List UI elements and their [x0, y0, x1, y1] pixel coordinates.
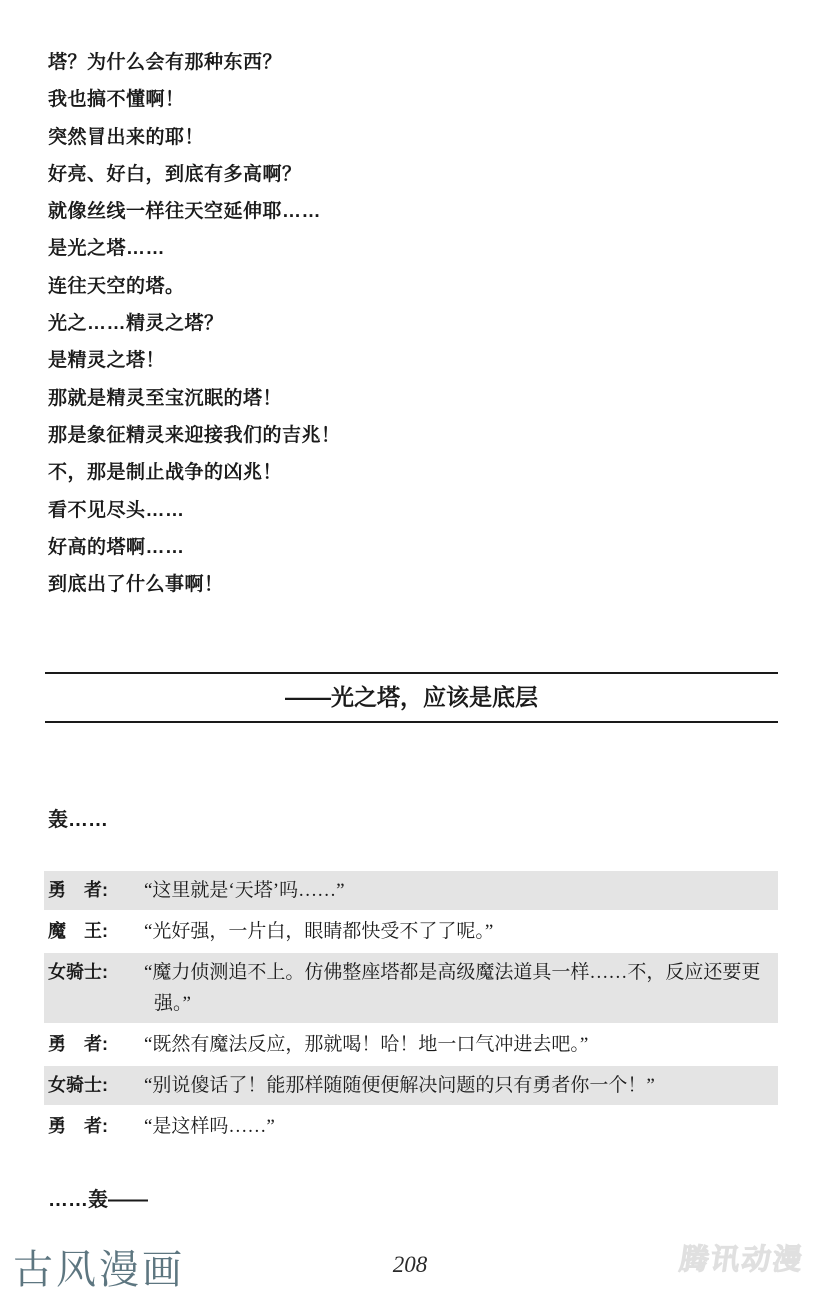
- dialogue-text: “光好强，一片白，眼睛都快受不了了呢。”: [140, 916, 778, 947]
- dialogue-text: “既然有魔法反应，那就喝！哈！地一口气冲进去吧。”: [140, 1029, 778, 1060]
- speaker-label: 勇 者:: [44, 1111, 140, 1142]
- shout-lines-block: 塔？为什么会有那种东西？ 我也搞不懂啊！ 突然冒出来的耶！ 好亮、好白，到底有多…: [48, 44, 780, 603]
- dialogue-text: “这里就是‘天塔’吗……”: [140, 875, 778, 906]
- dialogue-row: 勇 者: “是这样吗……”: [44, 1107, 778, 1146]
- watermark-logo: 腾讯动漫: [677, 1237, 807, 1278]
- shout-line: 看不见尽头……: [48, 492, 780, 529]
- shout-line: 那是象征精灵来迎接我们的吉兆！: [48, 417, 780, 454]
- speaker-label: 魔 王:: [44, 916, 140, 947]
- sound-effect-after: ……轰——: [48, 1183, 148, 1212]
- shout-line: 光之……精灵之塔？: [48, 305, 780, 342]
- dialogue-row: 魔 王: “光好强，一片白，眼睛都快受不了了呢。”: [44, 912, 778, 951]
- dialogue-row: 女骑士: “魔力侦测追不上。仿佛整座塔都是高级魔法道具一样……不，反应还要更强。…: [44, 953, 778, 1023]
- shout-line: 那就是精灵至宝沉眠的塔！: [48, 380, 780, 417]
- novel-page: 塔？为什么会有那种东西？ 我也搞不懂啊！ 突然冒出来的耶！ 好亮、好白，到底有多…: [0, 0, 820, 1291]
- shout-line: 到底出了什么事啊！: [48, 566, 780, 603]
- shout-line: 连往天空的塔。: [48, 268, 780, 305]
- dialogue-text: “魔力侦测追不上。仿佛整座塔都是高级魔法道具一样……不，反应还要更强。”: [140, 957, 778, 1019]
- dialogue-text: “是这样吗……”: [140, 1111, 778, 1142]
- shout-line: 好高的塔啊……: [48, 529, 780, 566]
- shout-line: 不，那是制止战争的凶兆！: [48, 454, 780, 491]
- shout-line: 就像丝线一样往天空延伸耶……: [48, 193, 780, 230]
- dialogue-row: 勇 者: “既然有魔法反应，那就喝！哈！地一口气冲进去吧。”: [44, 1025, 778, 1064]
- shout-line: 突然冒出来的耶！: [48, 119, 780, 156]
- speaker-label: 女骑士:: [44, 957, 140, 1019]
- shout-line: 是光之塔……: [48, 230, 780, 267]
- speaker-label: 女骑士:: [44, 1070, 140, 1101]
- shout-line: 塔？为什么会有那种东西？: [48, 44, 780, 81]
- dialogue-row: 勇 者: “这里就是‘天塔’吗……”: [44, 871, 778, 910]
- shout-line: 我也搞不懂啊！: [48, 81, 780, 118]
- sound-effect-before: 轰……: [48, 803, 108, 832]
- shout-line: 好亮、好白，到底有多高啊？: [48, 156, 780, 193]
- dialogue-row: 女骑士: “别说傻话了！能那样随随便便解决问题的只有勇者你一个！”: [44, 1066, 778, 1105]
- speaker-label: 勇 者:: [44, 875, 140, 906]
- section-heading: ——光之塔，应该是底层: [45, 672, 778, 723]
- speaker-label: 勇 者:: [44, 1029, 140, 1060]
- dialogue-table: 勇 者: “这里就是‘天塔’吗……” 魔 王: “光好强，一片白，眼睛都快受不了…: [44, 871, 778, 1148]
- shout-line: 是精灵之塔！: [48, 342, 780, 379]
- dialogue-text: “别说傻话了！能那样随随便便解决问题的只有勇者你一个！”: [140, 1070, 778, 1101]
